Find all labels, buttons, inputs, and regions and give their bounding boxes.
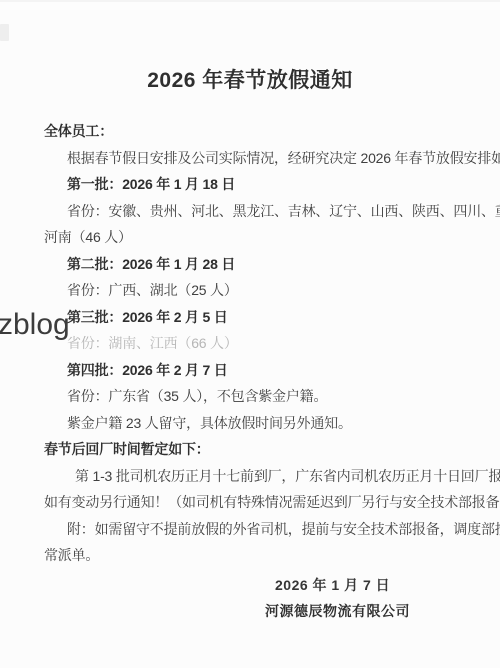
doc-line-zijin-note: 紫金户籍 23 人留守，具体放假时间另外通知。 <box>44 410 498 437</box>
doc-line-batch2-provinces: 省份：广西、湖北（25 人） <box>44 277 498 304</box>
doc-line-return-heading: 春节后回厂时间暂定如下： <box>44 436 498 463</box>
document-page: 2026 年春节放假通知 全体员工： 根据春节假日安排及公司实际情况，经研究决定… <box>0 0 500 668</box>
company-name: 河源德辰物流有限公司 <box>146 598 500 624</box>
signature-block: 2026 年 1 月 7 日 河源德辰物流有限公司 <box>146 572 500 624</box>
doc-line-batch3-date: 第三批：2026 年 2 月 5 日 <box>44 304 498 331</box>
doc-line-batch1-date: 第一批：2026 年 1 月 18 日 <box>44 171 498 198</box>
doc-line-batch3-provinces: 省份：湖南、江西（66 人） <box>44 330 498 357</box>
doc-line-batch1-provinces-cont: 河南（46 人） <box>44 224 498 251</box>
doc-line-batch4-provinces: 省份：广东省（35 人），不包含紫金户籍。 <box>44 383 498 410</box>
notice-title: 2026 年春节放假通知 <box>0 66 500 96</box>
zblog-watermark: zblog <box>0 308 70 342</box>
doc-line-batch2-date: 第二批：2026 年 1 月 28 日 <box>44 251 498 278</box>
notice-date: 2026 年 1 月 7 日 <box>146 572 500 598</box>
doc-line-batch1-provinces: 省份：安徽、贵州、河北、黑龙江、吉林、辽宁、山西、陕西、四川、重庆、 <box>44 198 498 225</box>
doc-line-intro: 根据春节假日安排及公司实际情况，经研究决定 2026 年春节放假安排如下： <box>44 145 498 172</box>
doc-line-appendix-cont: 常派单。 <box>44 542 498 569</box>
doc-line-return-detail: 第 1-3 批司机农历正月十七前到厂，广东省内司机农历正月十日回厂报到， <box>44 463 498 490</box>
doc-line-batch4-date: 第四批：2026 年 2 月 7 日 <box>44 357 498 384</box>
notice-body: 全体员工： 根据春节假日安排及公司实际情况，经研究决定 2026 年春节放假安排… <box>0 118 500 569</box>
doc-line-return-detail-cont: 如有变动另行通知！（如司机有特殊情况需延迟到厂另行与安全技术部报备） <box>44 489 498 516</box>
doc-line-appendix: 附：如需留守不提前放假的外省司机，提前与安全技术部报备，调度部按正 <box>44 516 498 543</box>
doc-line-salutation: 全体员工： <box>44 118 498 145</box>
photo-edge-artifact <box>0 24 9 41</box>
